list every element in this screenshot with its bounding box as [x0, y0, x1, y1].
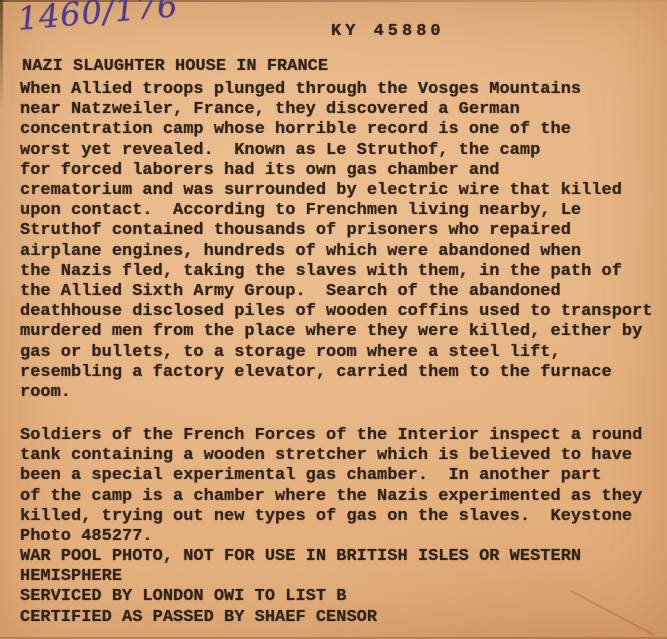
- caption-paragraph-1: When Allied troops plunged through the V…: [20, 80, 653, 403]
- caption-paragraph-2: Soldiers of the French Forces of the Int…: [20, 426, 642, 547]
- caption-headline: NAZI SLAUGHTER HOUSE IN FRANCE: [22, 57, 328, 77]
- paper-crease: [570, 590, 655, 636]
- photo-reference-number: KY 45880: [331, 22, 445, 42]
- scan-edge-left: [0, 0, 3, 110]
- distribution-restrictions: WAR POOL PHOTO, NOT FOR USE IN BRITISH I…: [20, 547, 581, 628]
- photo-caption-document: 1460/176 KY 45880 NAZI SLAUGHTER HOUSE I…: [0, 0, 667, 639]
- handwritten-archive-number: 1460/176: [16, 0, 180, 38]
